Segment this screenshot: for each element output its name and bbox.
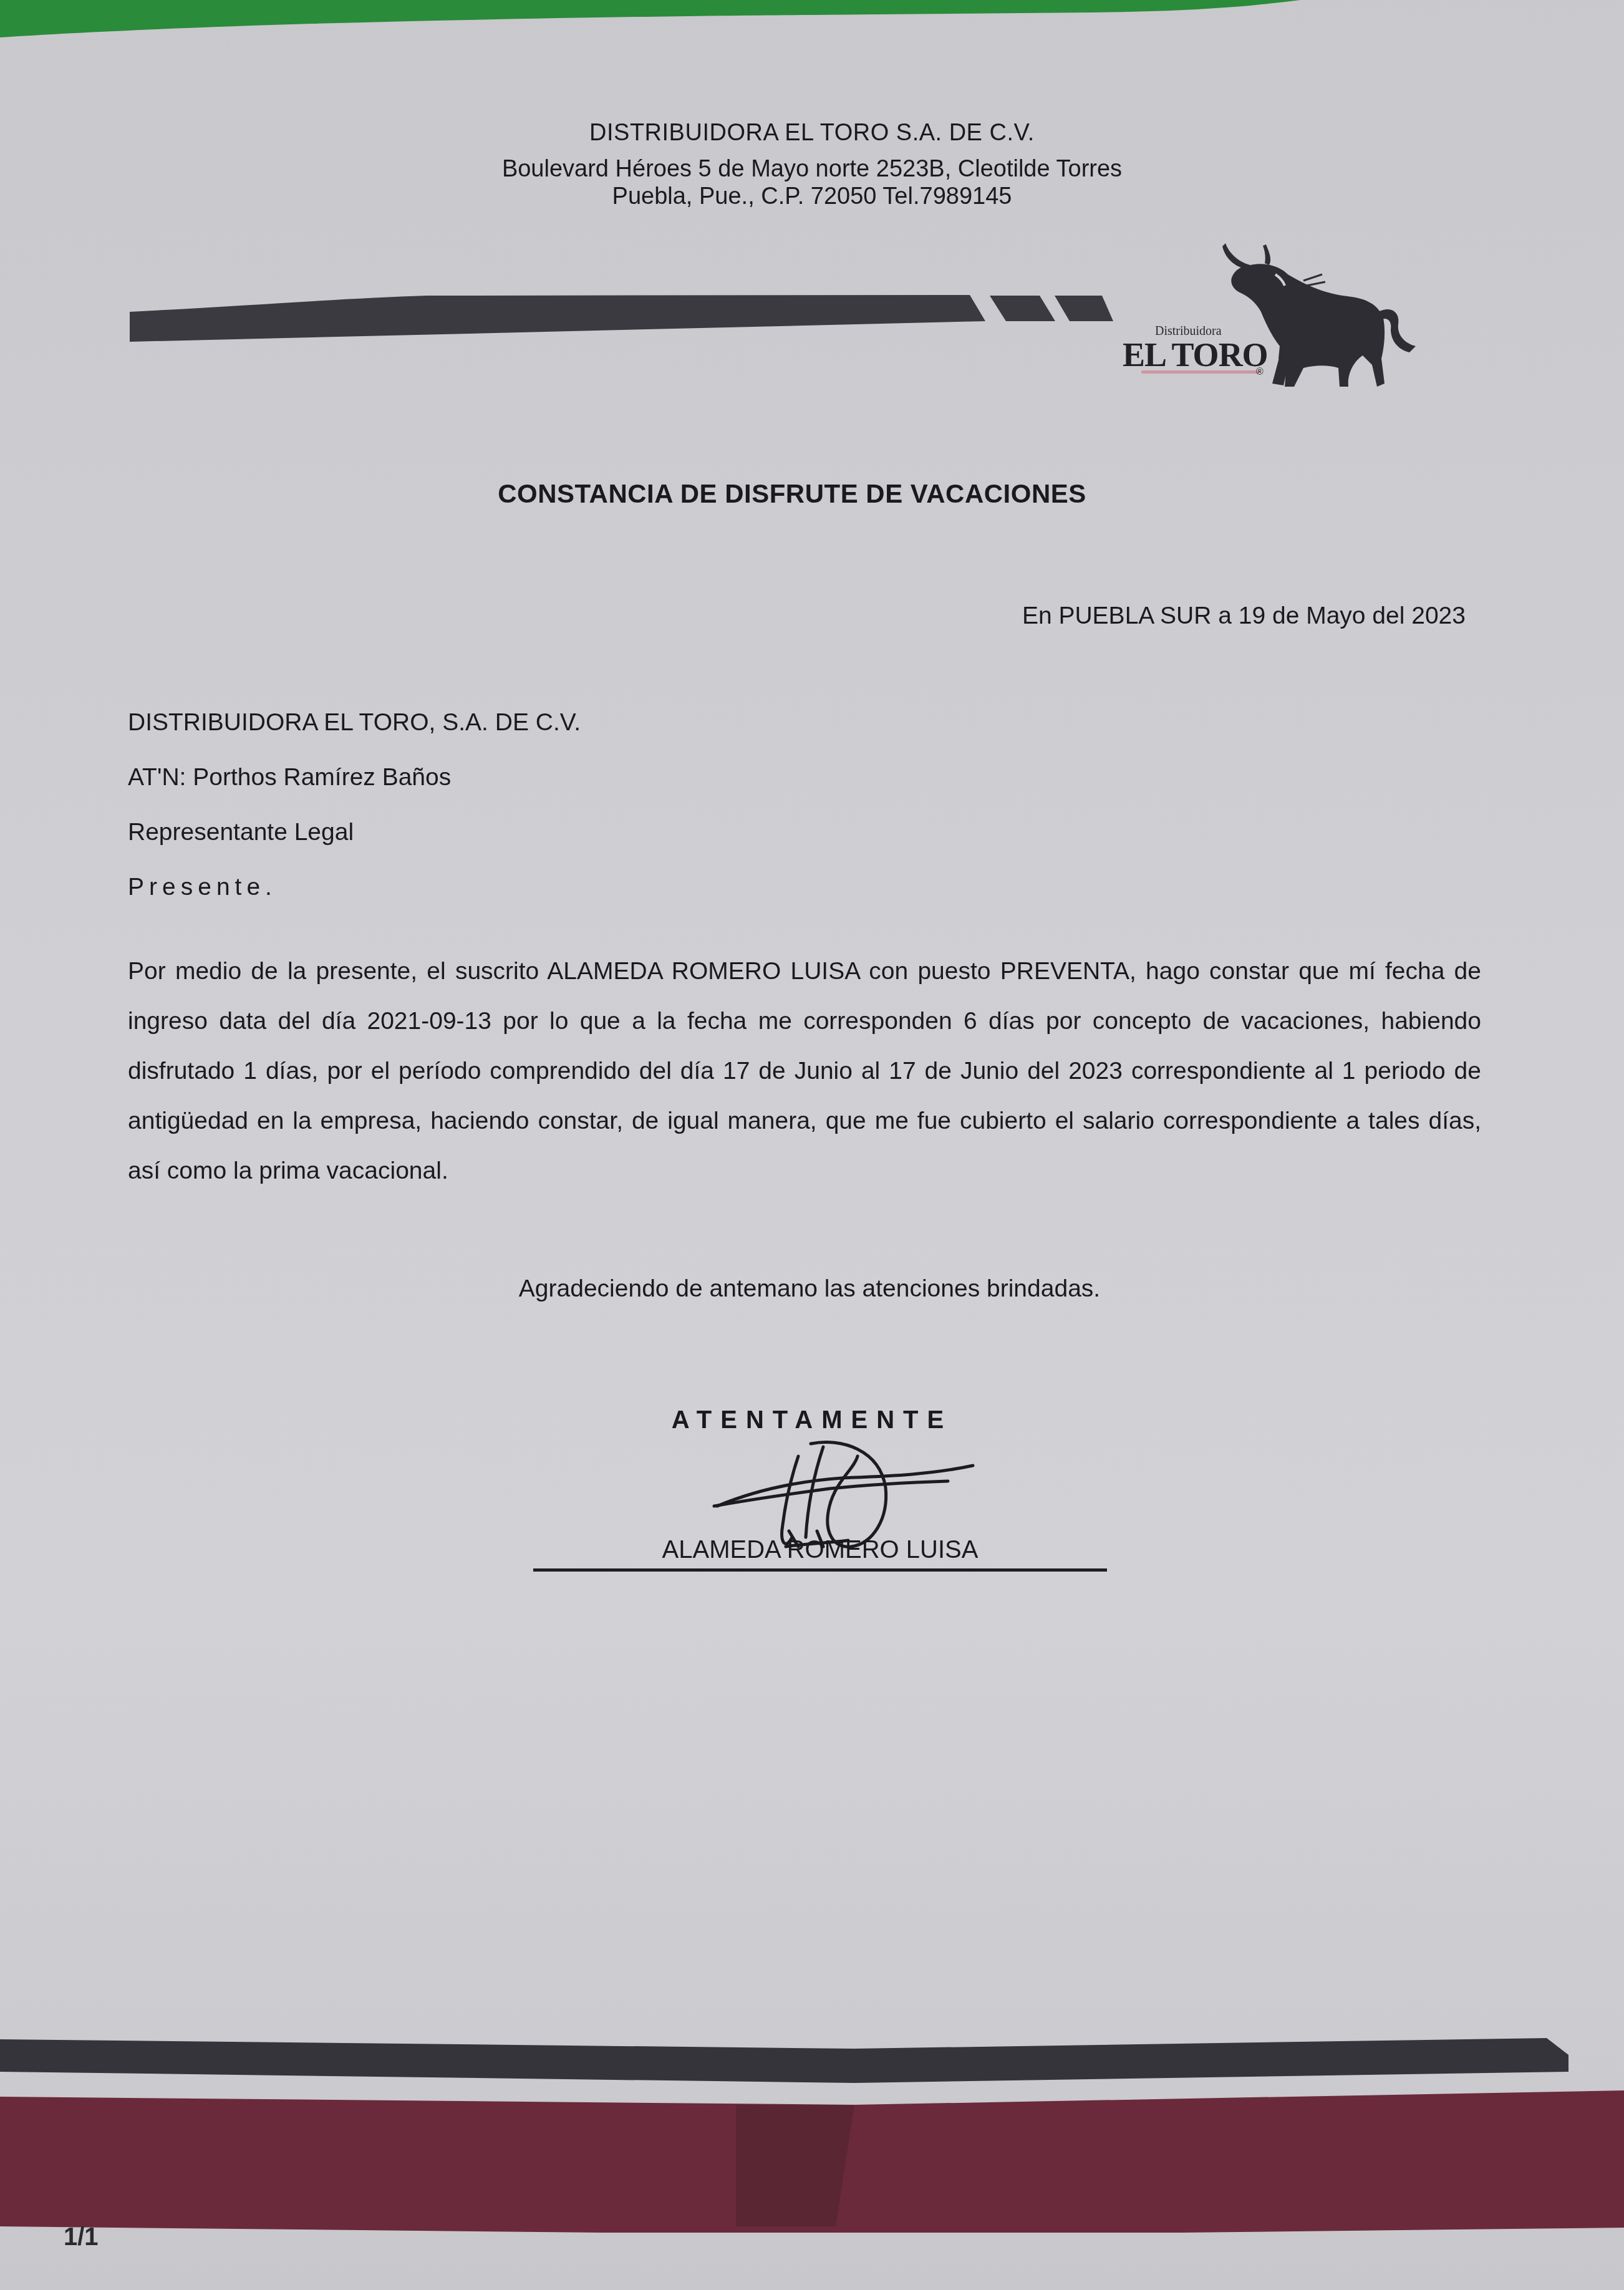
body-paragraph: Por medio de la presente, el suscrito AL…	[128, 947, 1481, 1196]
document-title: CONSTANCIA DE DISFRUTE DE VACACIONES	[0, 479, 1584, 509]
footer-decorative-bands	[0, 2021, 1624, 2233]
letterhead-decorative-bar	[128, 287, 1113, 346]
logo-registered-mark: ®	[1256, 367, 1264, 378]
recipient-company: DISTRIBUIDORA EL TORO, S.A. DE C.V.	[128, 695, 581, 750]
recipient-salutation: Presente.	[128, 860, 581, 915]
recipient-attention: AT'N: Porthos Ramírez Baños	[128, 750, 581, 805]
logo-brand: EL TORO	[1123, 336, 1268, 374]
letterhead-company: DISTRIBUIDORA EL TORO S.A. DE C.V.	[0, 120, 1624, 147]
logo-tagline	[1141, 370, 1260, 374]
closing-line: Agradeciendo de antemano las atenciones …	[0, 1275, 1619, 1303]
letterhead-address-line1: Boulevard Héroes 5 de Mayo norte 2523B, …	[0, 156, 1624, 183]
recipient-role: Representante Legal	[128, 805, 581, 860]
letterhead-address-line2: Puebla, Pue., C.P. 72050 Tel.7989145	[0, 183, 1624, 210]
signature-line	[533, 1568, 1107, 1572]
place-date: En PUEBLA SUR a 19 de Mayo del 2023	[1022, 602, 1466, 630]
top-green-band	[0, 0, 1624, 44]
signer-name: ALAMEDA ROMERO LUISA	[533, 1536, 1107, 1564]
page-number: 1/1	[64, 2223, 99, 2251]
recipient-block: DISTRIBUIDORA EL TORO, S.A. DE C.V. AT'N…	[128, 695, 581, 915]
